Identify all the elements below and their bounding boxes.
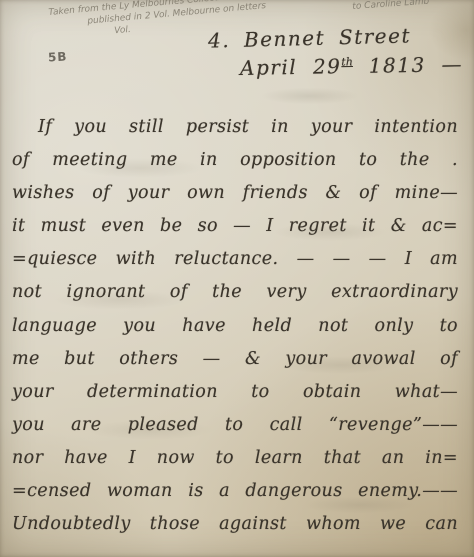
letter-line: If you still persist in your intention [12,114,458,147]
letter-body: If you still persist in your intention o… [12,114,458,544]
date-day: April 29 [240,54,342,80]
margin-catalog-mark: 5B [48,49,68,64]
letter-line: language you have held not only to [12,313,458,346]
letter-line: Undoubtedly those against whom we can [12,511,458,544]
date-ordinal-suffix: th [341,55,353,68]
letter-line: your determination to obtain what— [12,379,458,412]
date-year: 1813 — [369,52,464,78]
letter-line: you are pleased to call “revenge”—— [12,412,458,445]
letter-date: April 29th 1813 — [240,52,463,80]
letter-line: nor have I now to learn that an in= [12,445,458,478]
letter-line: not ignorant of the very extraordinary [12,279,458,312]
letter-line: wishes of your own friends & of mine— [12,180,458,213]
letter-line: of meeting me in opposition to the . [12,147,458,180]
recipient-pencil-note: to Caroline Lamb [352,0,471,13]
letter-line: =quiesce with reluctance. — — — I am [12,246,458,279]
letter-scan: Taken from the Ly Melbournes Collection … [0,0,474,557]
letter-address: 4. Bennet Street [208,23,412,52]
letter-line: it must even be so — I regret it & ac= [12,213,458,246]
letter-line: me but others — & your avowal of [12,346,458,379]
letter-line: =censed woman is a dangerous enemy.—— [12,478,458,511]
